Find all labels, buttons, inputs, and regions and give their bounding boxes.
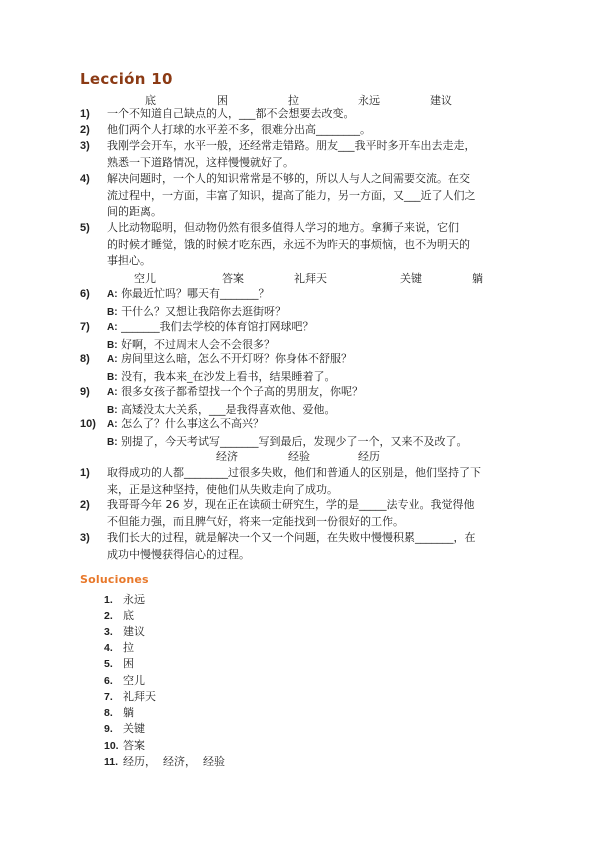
exercise-item: 3) 我刚学会开车，水平一般，还经常走错路。朋友___我平时多开车出去走走， 熟… bbox=[80, 138, 540, 171]
item-number: 8) bbox=[80, 351, 90, 368]
solution-answer: 关键 bbox=[123, 722, 145, 735]
item-text: 成功中慢慢获得信心的过程。 bbox=[107, 547, 540, 564]
solution-item: 7.礼拜天 bbox=[104, 689, 156, 706]
speaker-a-text: 房间里这么暗，怎么不开灯呀？你身体不舒服？ bbox=[121, 352, 352, 365]
item-text: 人比动物聪明，但动物仍然有很多值得人学习的地方。拿狮子来说，它们 bbox=[107, 220, 540, 237]
solution-answer: 经历， 经济， 经验 bbox=[123, 755, 225, 768]
exercise-item: 3) 我们长大的过程，就是解决一个又一个问题，在失败中慢慢积累_______，在… bbox=[80, 530, 540, 563]
item-number: 9) bbox=[80, 384, 90, 401]
item-text: 熟悉一下道路情况，这样慢慢就好了。 bbox=[107, 155, 540, 172]
dialogue-item: 8) A: 房间里这么暗，怎么不开灯呀？你身体不舒服？ B: 没有，我本来_在沙… bbox=[80, 351, 540, 386]
solution-answer: 永远 bbox=[123, 593, 145, 606]
solution-number: 11. bbox=[104, 754, 123, 771]
word-bank-item: 礼拜天 bbox=[294, 270, 327, 286]
item-text: 流过程中，一方面，丰富了知识，提高了能力，另一方面，又___近了人们之 bbox=[107, 188, 540, 205]
solution-item: 1.永远 bbox=[104, 592, 145, 609]
item-number: 10) bbox=[80, 416, 96, 433]
item-number: 2) bbox=[80, 497, 90, 514]
word-bank-item: 经验 bbox=[288, 448, 310, 464]
solution-number: 5. bbox=[104, 656, 123, 673]
item-number: 6) bbox=[80, 286, 90, 303]
solution-item: 9.关键 bbox=[104, 721, 145, 738]
word-bank-item: 空儿 bbox=[134, 270, 156, 286]
solution-item: 3.建议 bbox=[104, 624, 145, 641]
solution-item: 8.躺 bbox=[104, 705, 134, 722]
speaker-b-text: 好啊，不过周末人会不会很多？ bbox=[121, 338, 275, 351]
solution-item: 5.困 bbox=[104, 656, 134, 673]
speaker-a-label: A: bbox=[107, 289, 118, 300]
exercise-item: 1) 一个不知道自己缺点的人，___都不会想要去改变。 bbox=[80, 106, 540, 123]
speaker-b-text: 干什么？又想让我陪你去逛街呀？ bbox=[121, 305, 286, 318]
item-text: 他们两个人打球的水平差不多，很难分出高________。 bbox=[107, 122, 540, 139]
lesson-title: Lección 10 bbox=[80, 70, 173, 88]
solution-answer: 躺 bbox=[123, 706, 134, 719]
solution-number: 10. bbox=[104, 738, 123, 755]
word-bank-item: 关键 bbox=[400, 270, 422, 286]
speaker-b-label: B: bbox=[107, 405, 118, 416]
item-number: 5) bbox=[80, 220, 90, 237]
item-number: 3) bbox=[80, 530, 90, 547]
item-text: 我们长大的过程，就是解决一个又一个问题，在失败中慢慢积累_______，在 bbox=[107, 530, 540, 547]
speaker-a-label: A: bbox=[107, 354, 118, 365]
solution-number: 1. bbox=[104, 592, 123, 609]
exercise-item: 5) 人比动物聪明，但动物仍然有很多值得人学习的地方。拿狮子来说，它们 的时候才… bbox=[80, 220, 540, 270]
solution-number: 9. bbox=[104, 721, 123, 738]
word-bank-item: 躺 bbox=[472, 270, 483, 286]
item-text: 解决问题时，一个人的知识常常是不够的，所以人与人之间需要交流。在交 bbox=[107, 171, 540, 188]
speaker-a-text: 很多女孩子都希望找一个个子高的男朋友，你呢？ bbox=[121, 385, 363, 398]
solution-item: 2.底 bbox=[104, 608, 134, 625]
item-text: 事担心。 bbox=[107, 253, 540, 270]
solution-number: 4. bbox=[104, 640, 123, 657]
dialogue-item: 7) A: _______我们去学校的体育馆打网球吧？ B: 好啊，不过周末人会… bbox=[80, 319, 540, 354]
solution-answer: 礼拜天 bbox=[123, 690, 156, 703]
solution-number: 3. bbox=[104, 624, 123, 641]
solution-number: 7. bbox=[104, 689, 123, 706]
speaker-b-label: B: bbox=[107, 437, 118, 448]
item-text: 我刚学会开车，水平一般，还经常走错路。朋友___我平时多开车出去走走， bbox=[107, 138, 540, 155]
speaker-b-label: B: bbox=[107, 340, 118, 351]
solutions-title: Soluciones bbox=[80, 573, 149, 586]
solution-number: 2. bbox=[104, 608, 123, 625]
exercise-item: 2) 他们两个人打球的水平差不多，很难分出高________。 bbox=[80, 122, 540, 139]
word-bank-item: 经济 bbox=[216, 448, 238, 464]
speaker-a-label: A: bbox=[107, 387, 118, 398]
speaker-a-label: A: bbox=[107, 419, 118, 430]
word-bank-item: 答案 bbox=[222, 270, 244, 286]
solution-number: 6. bbox=[104, 673, 123, 690]
speaker-b-text: 高矮没太大关系，___是我得喜欢他、爱他。 bbox=[121, 403, 336, 416]
speaker-b-text: 没有，我本来_在沙发上看书，结果睡着了。 bbox=[121, 370, 336, 383]
speaker-b-label: B: bbox=[107, 372, 118, 383]
exercise-item: 1) 取得成功的人都________过很多失败，他们和普通人的区别是，他们坚持了… bbox=[80, 465, 540, 498]
solution-answer: 建议 bbox=[123, 625, 145, 638]
solution-item: 11.经历， 经济， 经验 bbox=[104, 754, 225, 771]
exercise-item: 4) 解决问题时，一个人的知识常常是不够的，所以人与人之间需要交流。在交 流过程… bbox=[80, 171, 540, 221]
dialogue-item: 9) A: 很多女孩子都希望找一个个子高的男朋友，你呢？ B: 高矮没太大关系，… bbox=[80, 384, 540, 419]
speaker-a-text: _______我们去学校的体育馆打网球吧？ bbox=[121, 320, 314, 333]
speaker-b-text: 别提了，今天考试写_______写到最后，发现少了一个，又来不及改了。 bbox=[121, 435, 468, 448]
speaker-a-label: A: bbox=[107, 322, 118, 333]
document-page: Lección 10 底 困 拉 永远 建议 1) 一个不知道自己缺点的人，__… bbox=[0, 0, 599, 848]
item-text: 取得成功的人都________过很多失败，他们和普通人的区别是，他们坚持了下 bbox=[107, 465, 540, 482]
item-text: 的时候才睡觉，饿的时候才吃东西，永远不为昨天的事烦恼，也不为明天的 bbox=[107, 237, 540, 254]
speaker-b-label: B: bbox=[107, 307, 118, 318]
item-number: 4) bbox=[80, 171, 90, 188]
solution-answer: 拉 bbox=[123, 641, 134, 654]
exercise-item: 2) 我哥哥今年 26 岁，现在正在读硕士研究生，学的是_____法专业。我觉得… bbox=[80, 497, 540, 530]
item-text: 不但能力强，而且脾气好，将来一定能找到一份很好的工作。 bbox=[107, 514, 540, 531]
item-number: 1) bbox=[80, 106, 90, 123]
item-text: 我哥哥今年 26 岁，现在正在读硕士研究生，学的是_____法专业。我觉得他 bbox=[107, 497, 540, 514]
solution-answer: 答案 bbox=[123, 739, 145, 752]
item-text: 来，正是这种坚持，使他们从失败走向了成功。 bbox=[107, 482, 540, 499]
dialogue-item: 6) A: 你最近忙吗？哪天有_______？ B: 干什么？又想让我陪你去逛街… bbox=[80, 286, 540, 321]
solution-item: 4.拉 bbox=[104, 640, 134, 657]
solution-item: 10.答案 bbox=[104, 738, 145, 755]
speaker-a-text: 怎么了？什么事这么不高兴？ bbox=[121, 417, 264, 430]
solution-item: 6.空儿 bbox=[104, 673, 145, 690]
item-number: 2) bbox=[80, 122, 90, 139]
dialogue-item: 10) A: 怎么了？什么事这么不高兴？ B: 别提了，今天考试写_______… bbox=[80, 416, 540, 451]
word-bank-item: 经历 bbox=[358, 448, 380, 464]
solution-answer: 空儿 bbox=[123, 674, 145, 687]
item-number: 7) bbox=[80, 319, 90, 336]
item-number: 3) bbox=[80, 138, 90, 155]
item-number: 1) bbox=[80, 465, 90, 482]
solution-answer: 底 bbox=[123, 609, 134, 622]
item-text: 间的距离。 bbox=[107, 204, 540, 221]
speaker-a-text: 你最近忙吗？哪天有_______？ bbox=[121, 287, 270, 300]
solution-number: 8. bbox=[104, 705, 123, 722]
item-text: 一个不知道自己缺点的人，___都不会想要去改变。 bbox=[107, 106, 540, 123]
solution-answer: 困 bbox=[123, 657, 134, 670]
